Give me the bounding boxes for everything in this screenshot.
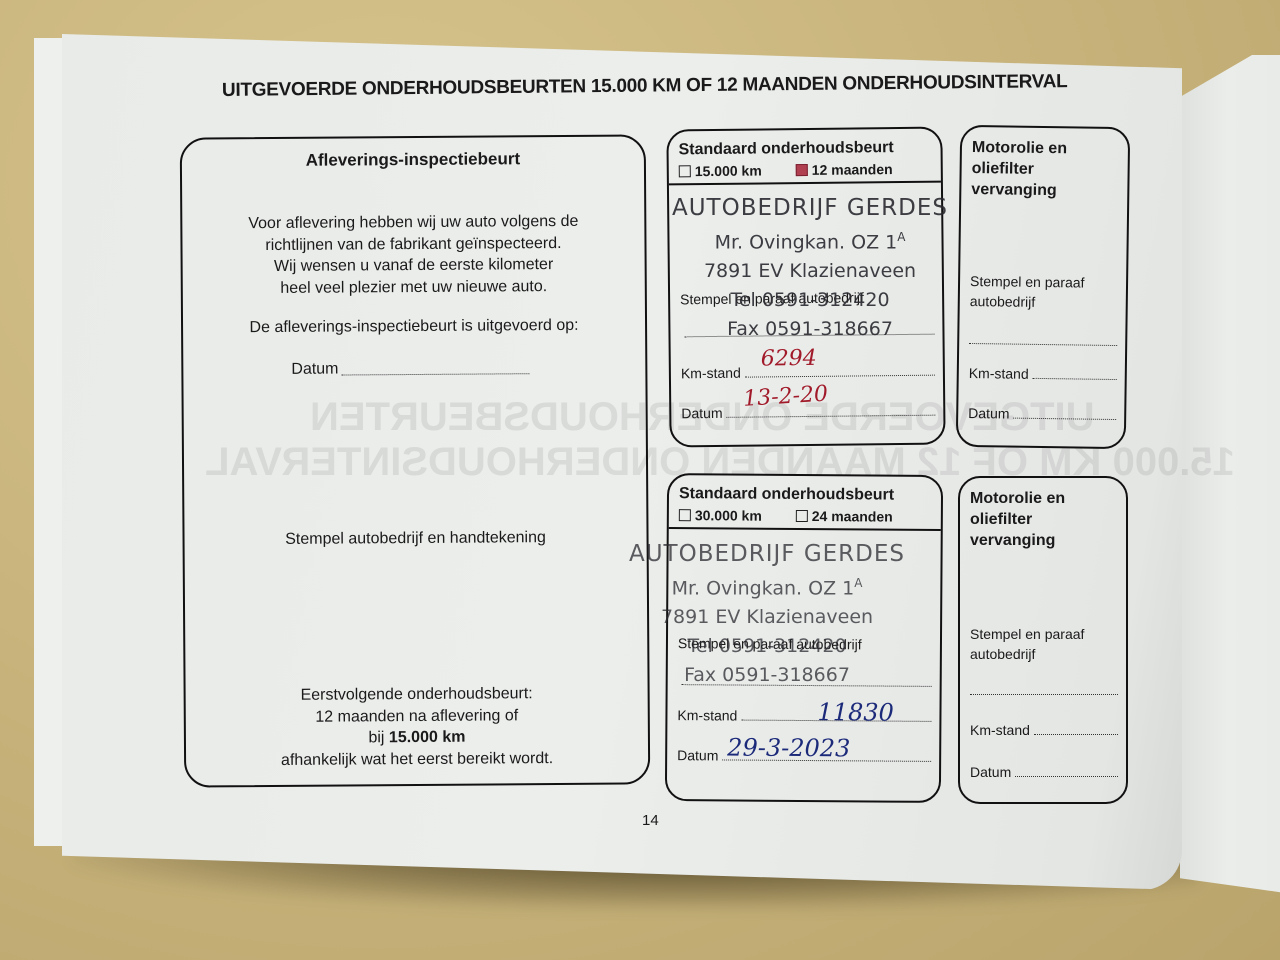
oil-change-box-2: Motorolie en oliefilter vervanging Stemp… [958,476,1128,804]
option-30000km[interactable]: 30.000 km [679,507,762,524]
date-value-handwritten: 13-2-20 [742,382,828,412]
stamp-dotted-line [970,694,1118,695]
date-label: Datum [291,361,338,379]
performed-on-text: De afleverings-inspectiebeurt is uitgevo… [183,316,645,337]
service-heading: Standaard onderhoudsbeurt [669,475,941,505]
option-12-months[interactable]: 12 maanden [796,161,893,178]
intro-line: heel veel plezier met uw nieuwe auto. [183,275,645,300]
oil-change-box-1: Motorolie en oliefilter vervanging Stemp… [956,125,1130,449]
page-number: 14 [642,812,659,829]
next-service-km: 15.000 km [389,729,466,747]
oil-heading: Motorolie en oliefilter vervanging [961,127,1128,202]
date-value-handwritten: 29-3-2023 [727,733,850,762]
km-value-handwritten: 11830 [817,698,894,727]
oil-stamp-label: Stempel en paraaf autobedrijf [970,271,1085,313]
garage-stamp-1: AUTOBEDRIJF GERDES Mr. Ovingkan. OZ 1A 7… [660,194,960,344]
checkbox-icon[interactable] [796,510,808,522]
checkbox-icon[interactable] [679,165,691,177]
stamp-signature-label: Stempel autobedrijf en handtekening [184,528,646,549]
option-15000km[interactable]: 15.000 km [679,162,762,179]
oil-km-field[interactable]: Km-stand [969,365,1117,383]
service-heading: Standaard onderhoudsbeurt [668,129,940,160]
oil-stamp-label: Stempel en paraaf autobedrijf [970,624,1084,664]
option-24-months[interactable]: 24 maanden [796,508,893,525]
delivery-inspection-box: Afleverings-inspectiebeurt Voor afleveri… [180,134,651,787]
km-value-handwritten: 6294 [761,346,817,372]
service-options: 30.000 km 24 maanden [669,503,941,531]
date-dotted-line [342,372,530,375]
oil-km-field[interactable]: Km-stand [970,722,1118,738]
garage-stamp-2: AUTOBEDRIJF GERDES Mr. Ovingkan. OZ 1A 7… [612,540,922,690]
delivery-date-field[interactable]: Datum [291,359,529,379]
next-service-line: afhankelijk wat het eerst bereikt wordt. [186,747,648,772]
stamp-dotted-line [969,343,1117,346]
next-service-info: Eerstvolgende onderhoudsbeurt: 12 maande… [186,682,649,771]
checkbox-checked-icon[interactable] [796,164,808,176]
delivery-intro: Voor aflevering hebben wij uw auto volge… [182,210,645,299]
oil-heading: Motorolie en oliefilter vervanging [960,478,1126,551]
delivery-heading: Afleverings-inspectiebeurt [182,148,644,171]
oil-date-field[interactable]: Datum [968,405,1116,423]
oil-date-field[interactable]: Datum [970,764,1118,780]
service-options: 15.000 km 12 maanden [669,157,941,186]
checkbox-icon[interactable] [679,509,691,521]
intro-line: Voor aflevering hebben wij uw auto volge… [182,210,644,235]
